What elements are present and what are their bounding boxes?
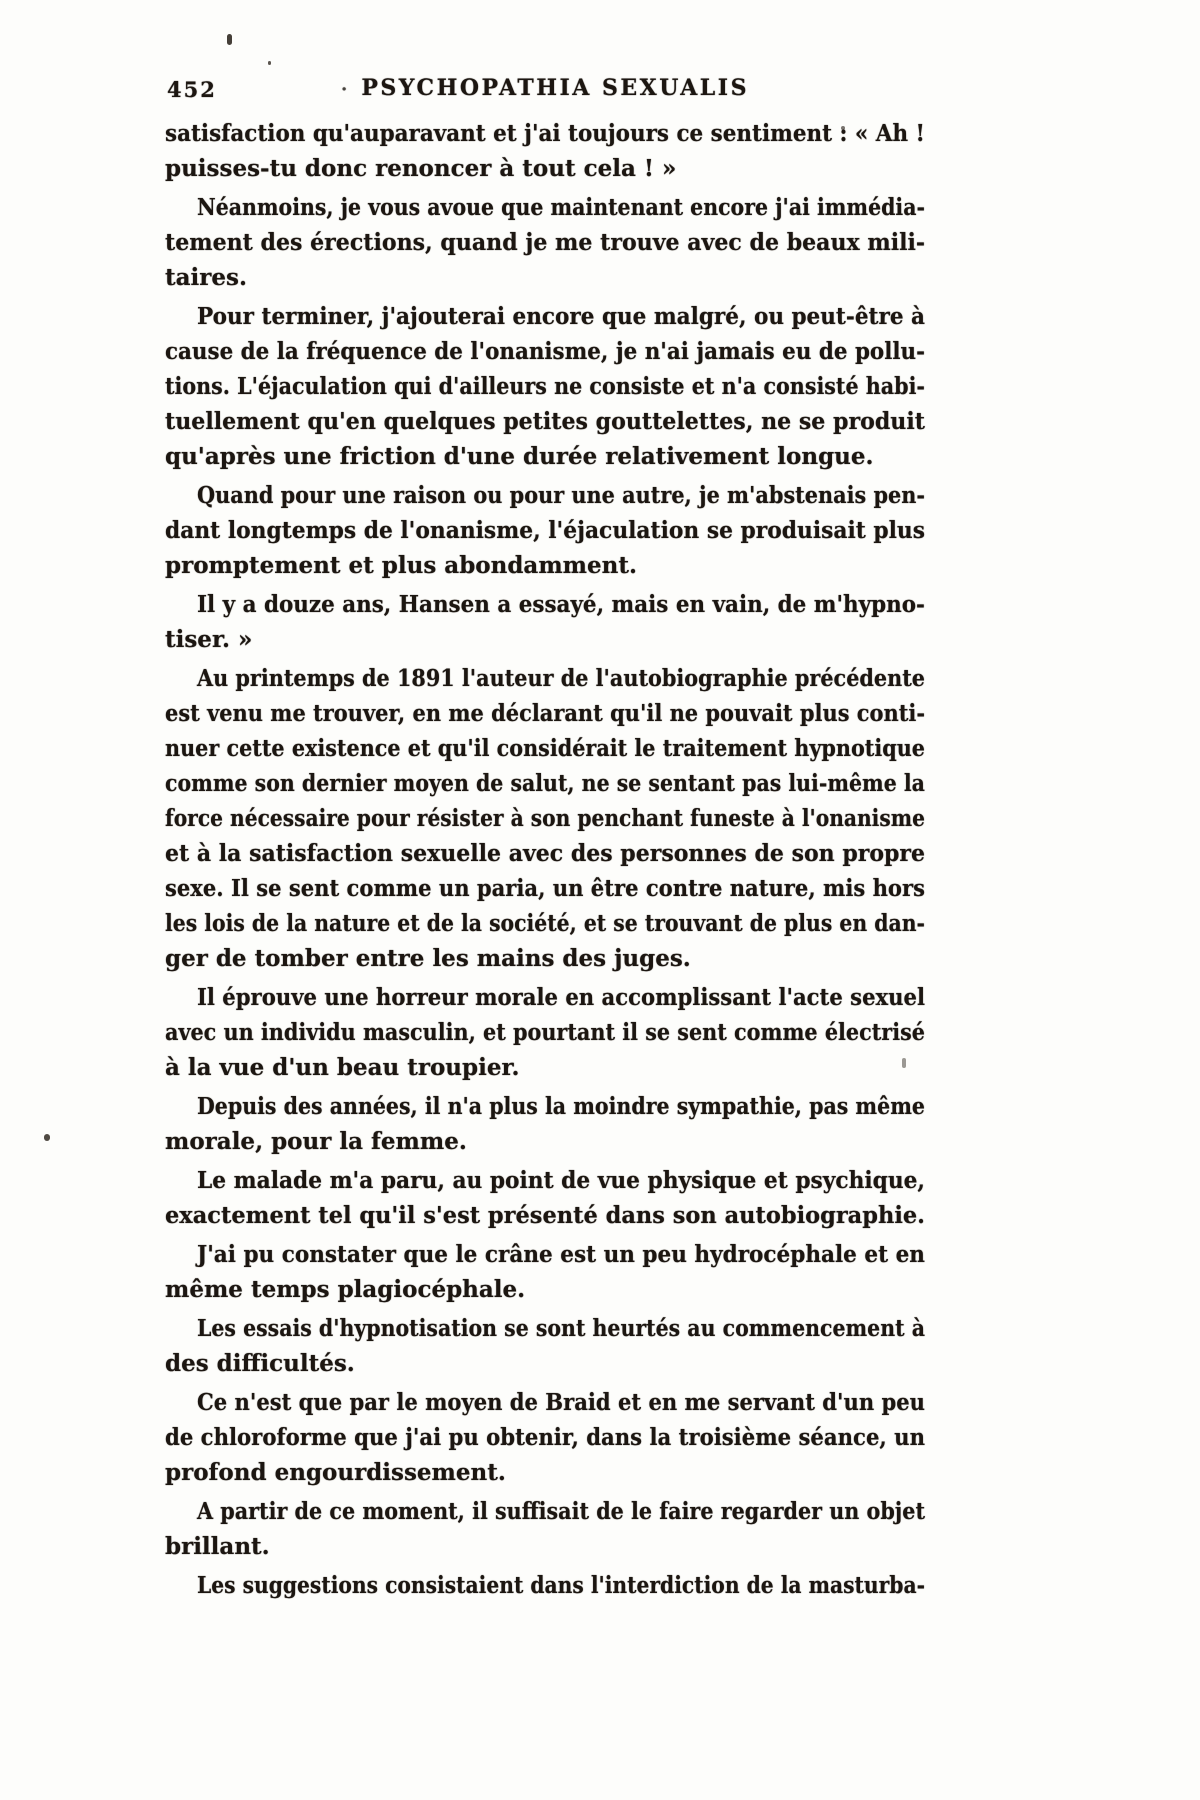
- text-line: des difficultés.: [165, 1346, 925, 1381]
- text-line: taires.: [165, 260, 925, 295]
- paragraph: Pour terminer, j'ajouterai encore que ma…: [165, 299, 925, 474]
- text-line: promptement et plus abondamment.: [165, 548, 925, 583]
- text-line-ink: les lois de la nature et de la société, …: [165, 906, 925, 941]
- text-line: puisses-tu donc renoncer à tout cela ! »: [165, 151, 925, 186]
- text-line-ink: force nécessaire pour résister à son pen…: [165, 801, 925, 836]
- ink-speck: [268, 61, 271, 65]
- text-line-ink: ger de tomber entre les mains des juges.: [165, 941, 691, 976]
- page-body: satisfaction qu'auparavant et j'ai toujo…: [165, 116, 925, 1603]
- page-number: 452: [167, 77, 217, 102]
- text-line: de chloroforme que j'ai pu obtenir, dans…: [165, 1420, 925, 1455]
- text-line: Les suggestions consistaient dans l'inte…: [165, 1568, 925, 1603]
- text-line: Depuis des années, il n'a plus la moindr…: [165, 1089, 925, 1124]
- ink-speck: [841, 126, 845, 130]
- text-line: Les essais d'hypnotisation se sont heurt…: [165, 1311, 925, 1346]
- ink-speck: [902, 1058, 906, 1068]
- ink-speck: [227, 34, 232, 45]
- text-line: Néanmoins, je vous avoue que maintenant …: [165, 190, 925, 225]
- text-line-ink: sexe. Il se sent comme un paria, un être…: [165, 871, 925, 906]
- text-line-ink: morale, pour la femme.: [165, 1124, 467, 1159]
- text-line-ink: Il y a douze ans, Hansen a essayé, mais …: [197, 587, 925, 622]
- text-line-ink: à la vue d'un beau troupier.: [165, 1050, 519, 1085]
- text-line-ink: Depuis des années, il n'a plus la moindr…: [197, 1089, 925, 1124]
- text-line-ink: est venu me trouver, en me déclarant qu'…: [165, 696, 925, 731]
- paragraph: Les essais d'hypnotisation se sont heurt…: [165, 1311, 925, 1381]
- text-line: même temps plagiocéphale.: [165, 1272, 925, 1307]
- paragraph: Depuis des années, il n'a plus la moindr…: [165, 1089, 925, 1159]
- text-line-ink: Néanmoins, je vous avoue que maintenant …: [197, 190, 925, 225]
- page-header: 452 ·PSYCHOPATHIA SEXUALIS: [165, 75, 925, 107]
- paragraph: Les suggestions consistaient dans l'inte…: [165, 1568, 925, 1603]
- text-line: Quand pour une raison ou pour une autre,…: [165, 478, 925, 513]
- text-line-ink: brillant.: [165, 1529, 270, 1564]
- text-line: nuer cette existence et qu'il considérai…: [165, 731, 925, 766]
- paragraph: Il éprouve une horreur morale en accompl…: [165, 980, 925, 1085]
- text-line-ink: Ce n'est que par le moyen de Braid et en…: [197, 1385, 925, 1420]
- text-line-ink: taires.: [165, 260, 247, 295]
- paragraph: Néanmoins, je vous avoue que maintenant …: [165, 190, 925, 295]
- text-line-ink: tuellement qu'en quelques petites goutte…: [165, 404, 925, 439]
- text-line: qu'après une friction d'une durée relati…: [165, 439, 925, 474]
- text-line: sexe. Il se sent comme un paria, un être…: [165, 871, 925, 906]
- page-content: 452 ·PSYCHOPATHIA SEXUALIS satisfaction …: [165, 75, 925, 1603]
- text-line-ink: exactement tel qu'il s'est présenté dans…: [165, 1198, 925, 1233]
- text-line: profond engourdissement.: [165, 1455, 925, 1490]
- text-line-ink: J'ai pu constater que le crâne est un pe…: [197, 1237, 925, 1272]
- text-line: ger de tomber entre les mains des juges.: [165, 941, 925, 976]
- page-title: ·PSYCHOPATHIA SEXUALIS: [165, 75, 925, 101]
- text-line-ink: cause de la fréquence de l'onanisme, je …: [165, 334, 925, 369]
- text-line: avec un individu masculin, et pourtant i…: [165, 1015, 925, 1050]
- text-line-ink: Pour terminer, j'ajouterai encore que ma…: [197, 299, 925, 334]
- paragraph: Le malade m'a paru, au point de vue phys…: [165, 1163, 925, 1233]
- text-line-ink: tiser. »: [165, 622, 252, 657]
- paragraph: satisfaction qu'auparavant et j'ai toujo…: [165, 116, 925, 186]
- text-line: tuellement qu'en quelques petites goutte…: [165, 404, 925, 439]
- text-line-ink: de chloroforme que j'ai pu obtenir, dans…: [165, 1420, 925, 1455]
- text-line-ink: nuer cette existence et qu'il considérai…: [165, 731, 925, 766]
- text-line-ink: profond engourdissement.: [165, 1455, 506, 1490]
- text-line-ink: qu'après une friction d'une durée relati…: [165, 439, 874, 474]
- text-line: est venu me trouver, en me déclarant qu'…: [165, 696, 925, 731]
- text-line: Au printemps de 1891 l'auteur de l'autob…: [165, 661, 925, 696]
- text-line-ink: puisses-tu donc renoncer à tout cela ! »: [165, 151, 676, 186]
- text-line-ink: promptement et plus abondamment.: [165, 548, 637, 583]
- text-line: Pour terminer, j'ajouterai encore que ma…: [165, 299, 925, 334]
- text-line-ink: Le malade m'a paru, au point de vue phys…: [197, 1163, 925, 1198]
- text-line-ink: Quand pour une raison ou pour une autre,…: [197, 478, 925, 513]
- text-line: à la vue d'un beau troupier.: [165, 1050, 925, 1085]
- text-line-ink: des difficultés.: [165, 1346, 355, 1381]
- paragraph: Au printemps de 1891 l'auteur de l'autob…: [165, 661, 925, 976]
- text-line: satisfaction qu'auparavant et j'ai toujo…: [165, 116, 925, 151]
- text-line: exactement tel qu'il s'est présenté dans…: [165, 1198, 925, 1233]
- text-line: dant longtemps de l'onanisme, l'éjaculat…: [165, 513, 925, 548]
- text-line: et à la satisfaction sexuelle avec des p…: [165, 836, 925, 871]
- text-line: force nécessaire pour résister à son pen…: [165, 801, 925, 836]
- text-line: comme son dernier moyen de salut, ne se …: [165, 766, 925, 801]
- text-line-ink: même temps plagiocéphale.: [165, 1272, 525, 1307]
- text-line-ink: avec un individu masculin, et pourtant i…: [165, 1015, 925, 1050]
- text-line: Il y a douze ans, Hansen a essayé, mais …: [165, 587, 925, 622]
- text-line: tions. L'éjaculation qui d'ailleurs ne c…: [165, 369, 925, 404]
- paragraph: Quand pour une raison ou pour une autre,…: [165, 478, 925, 583]
- scanned-page: 452 ·PSYCHOPATHIA SEXUALIS satisfaction …: [0, 0, 1200, 1800]
- text-line-ink: Les suggestions consistaient dans l'inte…: [197, 1568, 925, 1603]
- title-text: PSYCHOPATHIA SEXUALIS: [361, 75, 749, 101]
- text-line-ink: satisfaction qu'auparavant et j'ai toujo…: [165, 116, 925, 151]
- text-line-ink: comme son dernier moyen de salut, ne se …: [165, 766, 925, 801]
- paragraph: Il y a douze ans, Hansen a essayé, mais …: [165, 587, 925, 657]
- text-line-ink: Au printemps de 1891 l'auteur de l'autob…: [197, 661, 925, 696]
- text-line: cause de la fréquence de l'onanisme, je …: [165, 334, 925, 369]
- text-line: A partir de ce moment, il suffisait de l…: [165, 1494, 925, 1529]
- paragraph: Ce n'est que par le moyen de Braid et en…: [165, 1385, 925, 1490]
- text-line: Ce n'est que par le moyen de Braid et en…: [165, 1385, 925, 1420]
- text-line-ink: Les essais d'hypnotisation se sont heurt…: [197, 1311, 925, 1346]
- text-line: Il éprouve une horreur morale en accompl…: [165, 980, 925, 1015]
- paragraph: A partir de ce moment, il suffisait de l…: [165, 1494, 925, 1564]
- text-line-ink: dant longtemps de l'onanisme, l'éjaculat…: [165, 513, 925, 548]
- ink-speck: [44, 1134, 50, 1141]
- text-line-ink: et à la satisfaction sexuelle avec des p…: [165, 836, 925, 871]
- text-line: Le malade m'a paru, au point de vue phys…: [165, 1163, 925, 1198]
- text-line-ink: Il éprouve une horreur morale en accompl…: [197, 980, 925, 1015]
- text-line: brillant.: [165, 1529, 925, 1564]
- text-line-ink: tions. L'éjaculation qui d'ailleurs ne c…: [165, 369, 925, 404]
- text-line: tiser. »: [165, 622, 925, 657]
- text-line-ink: A partir de ce moment, il suffisait de l…: [197, 1494, 925, 1529]
- text-line-ink: tement des érections, quand je me trouve…: [165, 225, 925, 260]
- paragraph: J'ai pu constater que le crâne est un pe…: [165, 1237, 925, 1307]
- text-line: J'ai pu constater que le crâne est un pe…: [165, 1237, 925, 1272]
- text-line: morale, pour la femme.: [165, 1124, 925, 1159]
- text-line: tement des érections, quand je me trouve…: [165, 225, 925, 260]
- text-line: les lois de la nature et de la société, …: [165, 906, 925, 941]
- title-separator-dot: ·: [341, 79, 347, 100]
